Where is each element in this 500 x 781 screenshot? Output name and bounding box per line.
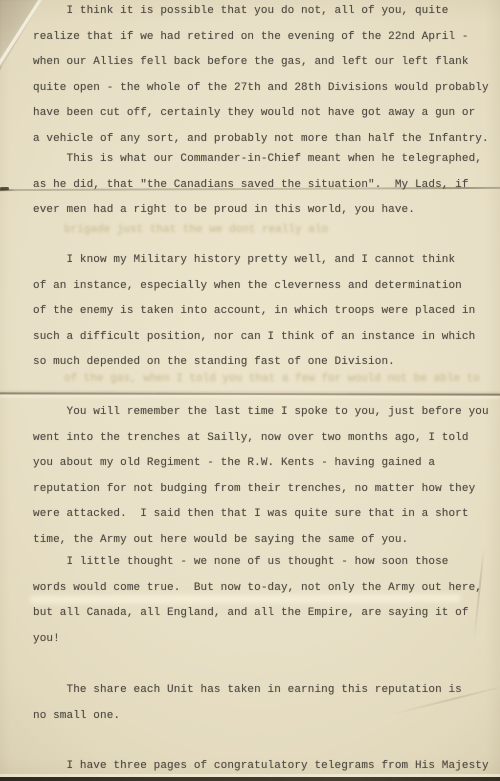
text-line: you! <box>33 627 493 653</box>
paragraph-words-come-true: I little thought - we none of us thought… <box>33 550 493 652</box>
letter-page: brigade just that the we dont really alo… <box>0 0 500 781</box>
text-line: realize that if we had retired on the ev… <box>33 25 493 51</box>
crease-edge-mark <box>0 187 9 190</box>
text-line: have been cut off, certainly they would … <box>33 101 493 127</box>
text-line: The share each Unit has taken in earning… <box>33 678 493 704</box>
paragraph-military-history: I know my Military history pretty well, … <box>33 248 493 376</box>
text-line: This is what our Commander-in-Chief mean… <box>33 147 493 173</box>
text-line: quite open - the whole of the 27th and 2… <box>33 76 493 102</box>
text-line: so much depended on the standing fast of… <box>33 350 493 376</box>
text-line: no small one. <box>33 704 493 730</box>
text-line: went into the trenches at Sailly, now ov… <box>33 426 493 452</box>
text-line: I little thought - we none of us thought… <box>33 550 493 576</box>
text-line: You will remember the last time I spoke … <box>33 400 493 426</box>
text-line: I know my Military history pretty well, … <box>33 248 493 274</box>
text-line: words would come true. But now to-day, n… <box>33 576 493 602</box>
text-line: of the enemy is taken into account, in w… <box>33 299 493 325</box>
horizontal-fold-middle <box>0 392 500 395</box>
text-line: as he did, that "the Canadians saved the… <box>33 173 493 199</box>
paragraph-share-each-unit: The share each Unit has taken in earning… <box>33 678 493 729</box>
text-line: such a difficult position, nor can I thi… <box>33 325 493 351</box>
paragraph-commander-in-chief: This is what our Commander-in-Chief mean… <box>33 147 493 224</box>
text-line: you about my old Regiment - the R.W. Ken… <box>33 451 493 477</box>
text-line: but all Canada, all England, and all the… <box>33 601 493 627</box>
text-line: I think it is possible that you do not, … <box>33 0 493 25</box>
scan-bottom-edge <box>0 777 500 781</box>
text-line: reputation for not budging from their tr… <box>33 477 493 503</box>
text-line: ever men had a right to be proud in this… <box>33 198 493 224</box>
text-line: were attacked. I said then that I was qu… <box>33 502 493 528</box>
bleed-through-text: brigade just that the we dont really alo <box>64 223 364 237</box>
text-line: when our Allies fell back before the gas… <box>33 50 493 76</box>
paragraph-rw-kents: You will remember the last time I spoke … <box>33 400 493 553</box>
text-line: of an instance, especially when the clev… <box>33 274 493 300</box>
paragraph-retired-22nd-april: I think it is possible that you do not, … <box>33 0 493 152</box>
